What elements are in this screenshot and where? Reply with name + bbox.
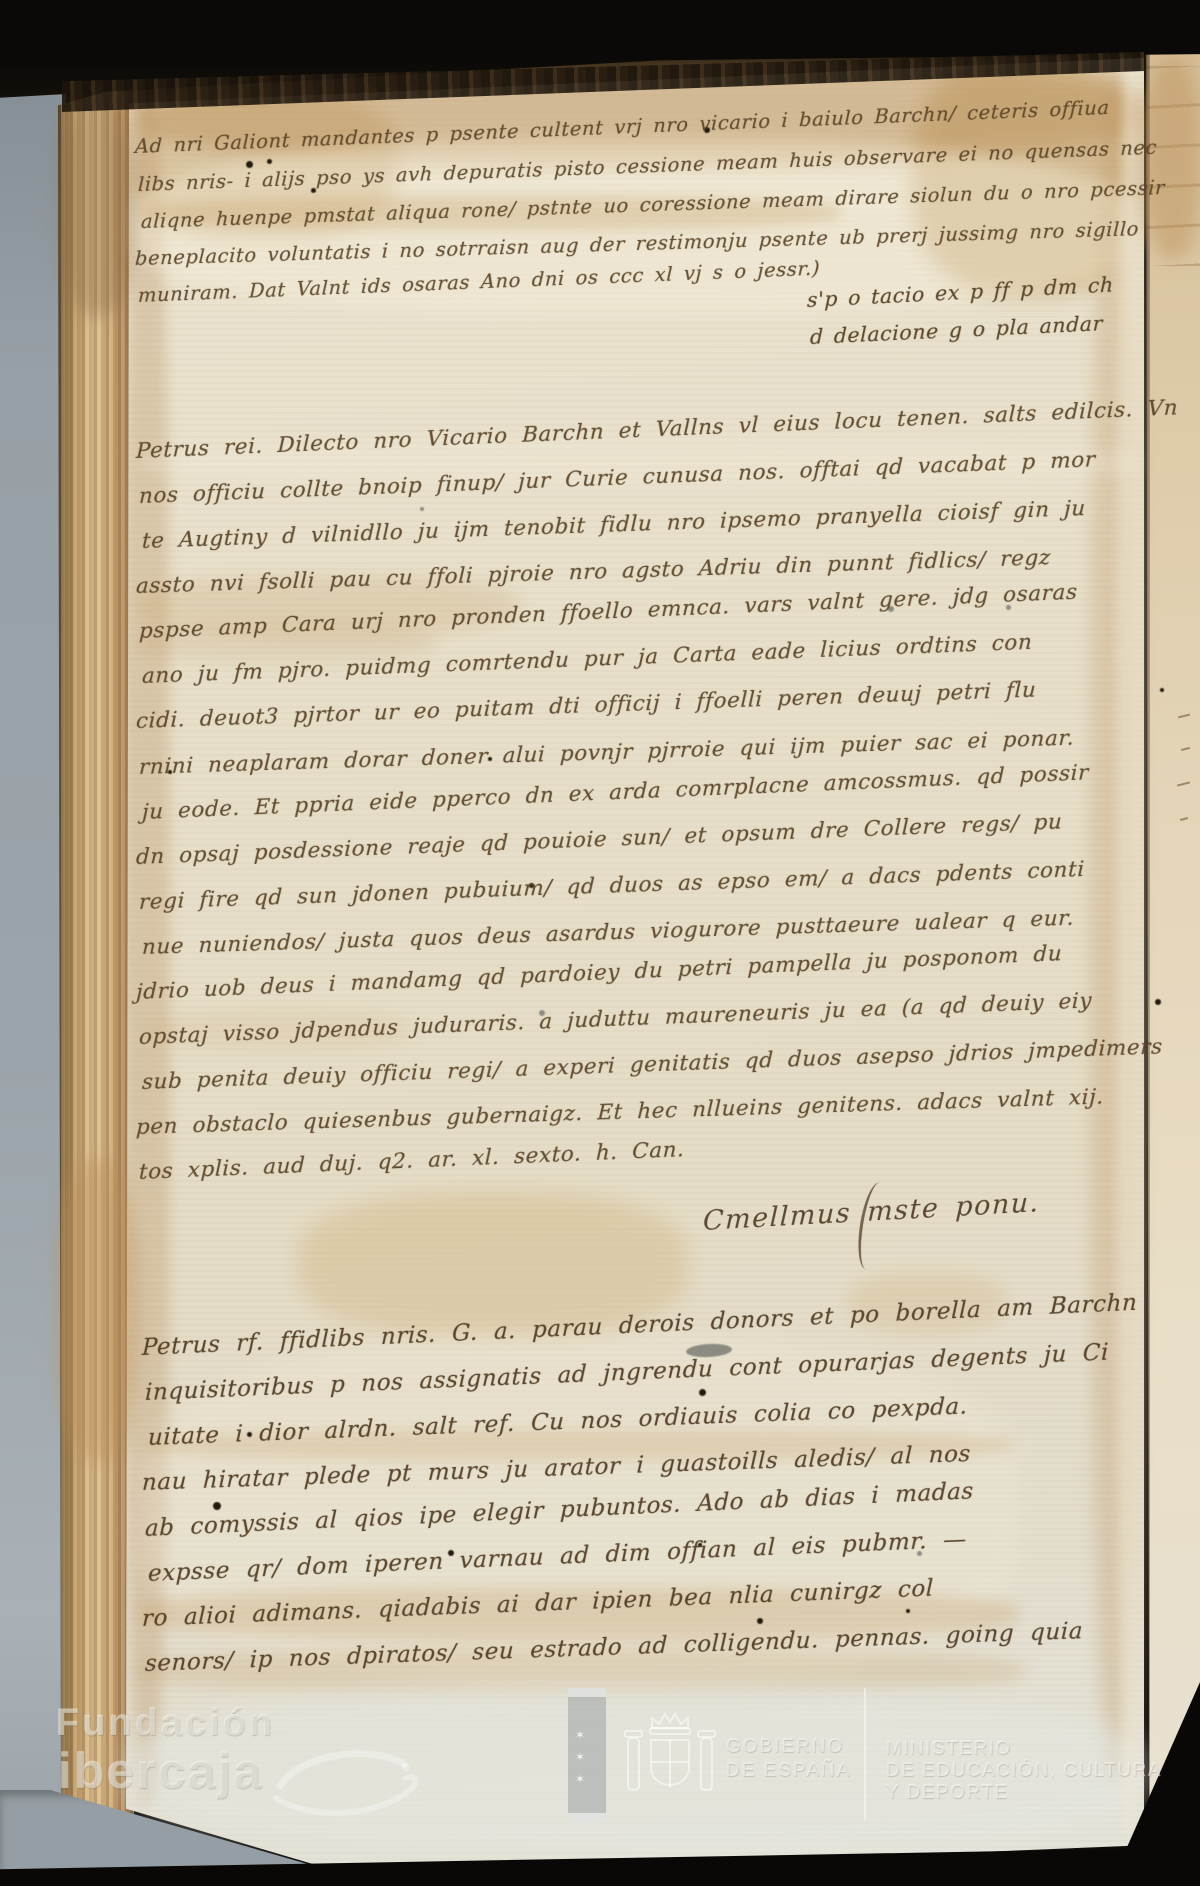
star-icon: ✶ — [575, 1750, 585, 1764]
watermark-divider — [864, 1688, 866, 1820]
ibercaja-swoosh-icon — [272, 1740, 422, 1820]
manuscript-line: ro alioi adimans. qiadabis ai dar ipien … — [142, 1575, 935, 1631]
manuscript-line: d delacione g o pla andar — [810, 311, 1104, 349]
gobierno-flag-bar — [568, 1688, 606, 1822]
gobierno-text-line2: DE ESPAÑA — [726, 1760, 851, 1782]
ministerio-text-line3: Y DEPORTE — [886, 1782, 1009, 1804]
manuscript-line: cidi. deuot3 pjrtor ur eo puitam dti off… — [136, 678, 1037, 734]
gobierno-bar-top-tab — [568, 1688, 606, 1697]
star-icon: ✶ — [575, 1728, 585, 1742]
manuscript-line: tos xplis. aud duj. q2. ar. xl. sexto. h… — [139, 1138, 685, 1186]
manuscript-line: uitate i dior alrdn. salt ref. Cu nos or… — [148, 1394, 968, 1452]
photo-stage: Ad nri Galiont mandantes p psente culten… — [0, 0, 1200, 1886]
manuscript-line: pen obstaclo quiesenbus gubernaigz. Et h… — [136, 1085, 1105, 1140]
manuscript-text-layer: Ad nri Galiont mandantes p psente culten… — [0, 0, 1200, 1886]
manuscript-line: te Augtiny d vilnidllo ju ijm tenobit fi… — [142, 496, 1087, 554]
manuscript-line: s'p o tacio ex p ff p dm ch — [807, 272, 1114, 312]
star-icon: ✶ — [575, 1772, 585, 1786]
watermark-ibercaja-text: ibercaja — [58, 1742, 263, 1800]
gobierno-text-line1: GOBIERNO — [726, 1736, 844, 1758]
gobierno-bar-bottom-tab — [568, 1813, 606, 1822]
manuscript-line: ano ju fm pjro. puidmg comrtendu pur ja … — [142, 630, 1033, 689]
watermark-fundacion-text: Fundación — [56, 1702, 275, 1745]
ministerio-text-line2: DE EDUCACIÓN, CULTURA — [886, 1760, 1162, 1782]
ministerio-text-line1: MINISTERIO — [886, 1738, 1012, 1760]
manuscript-line: regi fire qd sun jdonen pubuium/ qd duos… — [139, 857, 1086, 915]
spain-coat-of-arms-icon — [620, 1706, 720, 1816]
manuscript-line: senors/ ip nos dpiratos/ seu estrado ad … — [145, 1618, 1084, 1677]
